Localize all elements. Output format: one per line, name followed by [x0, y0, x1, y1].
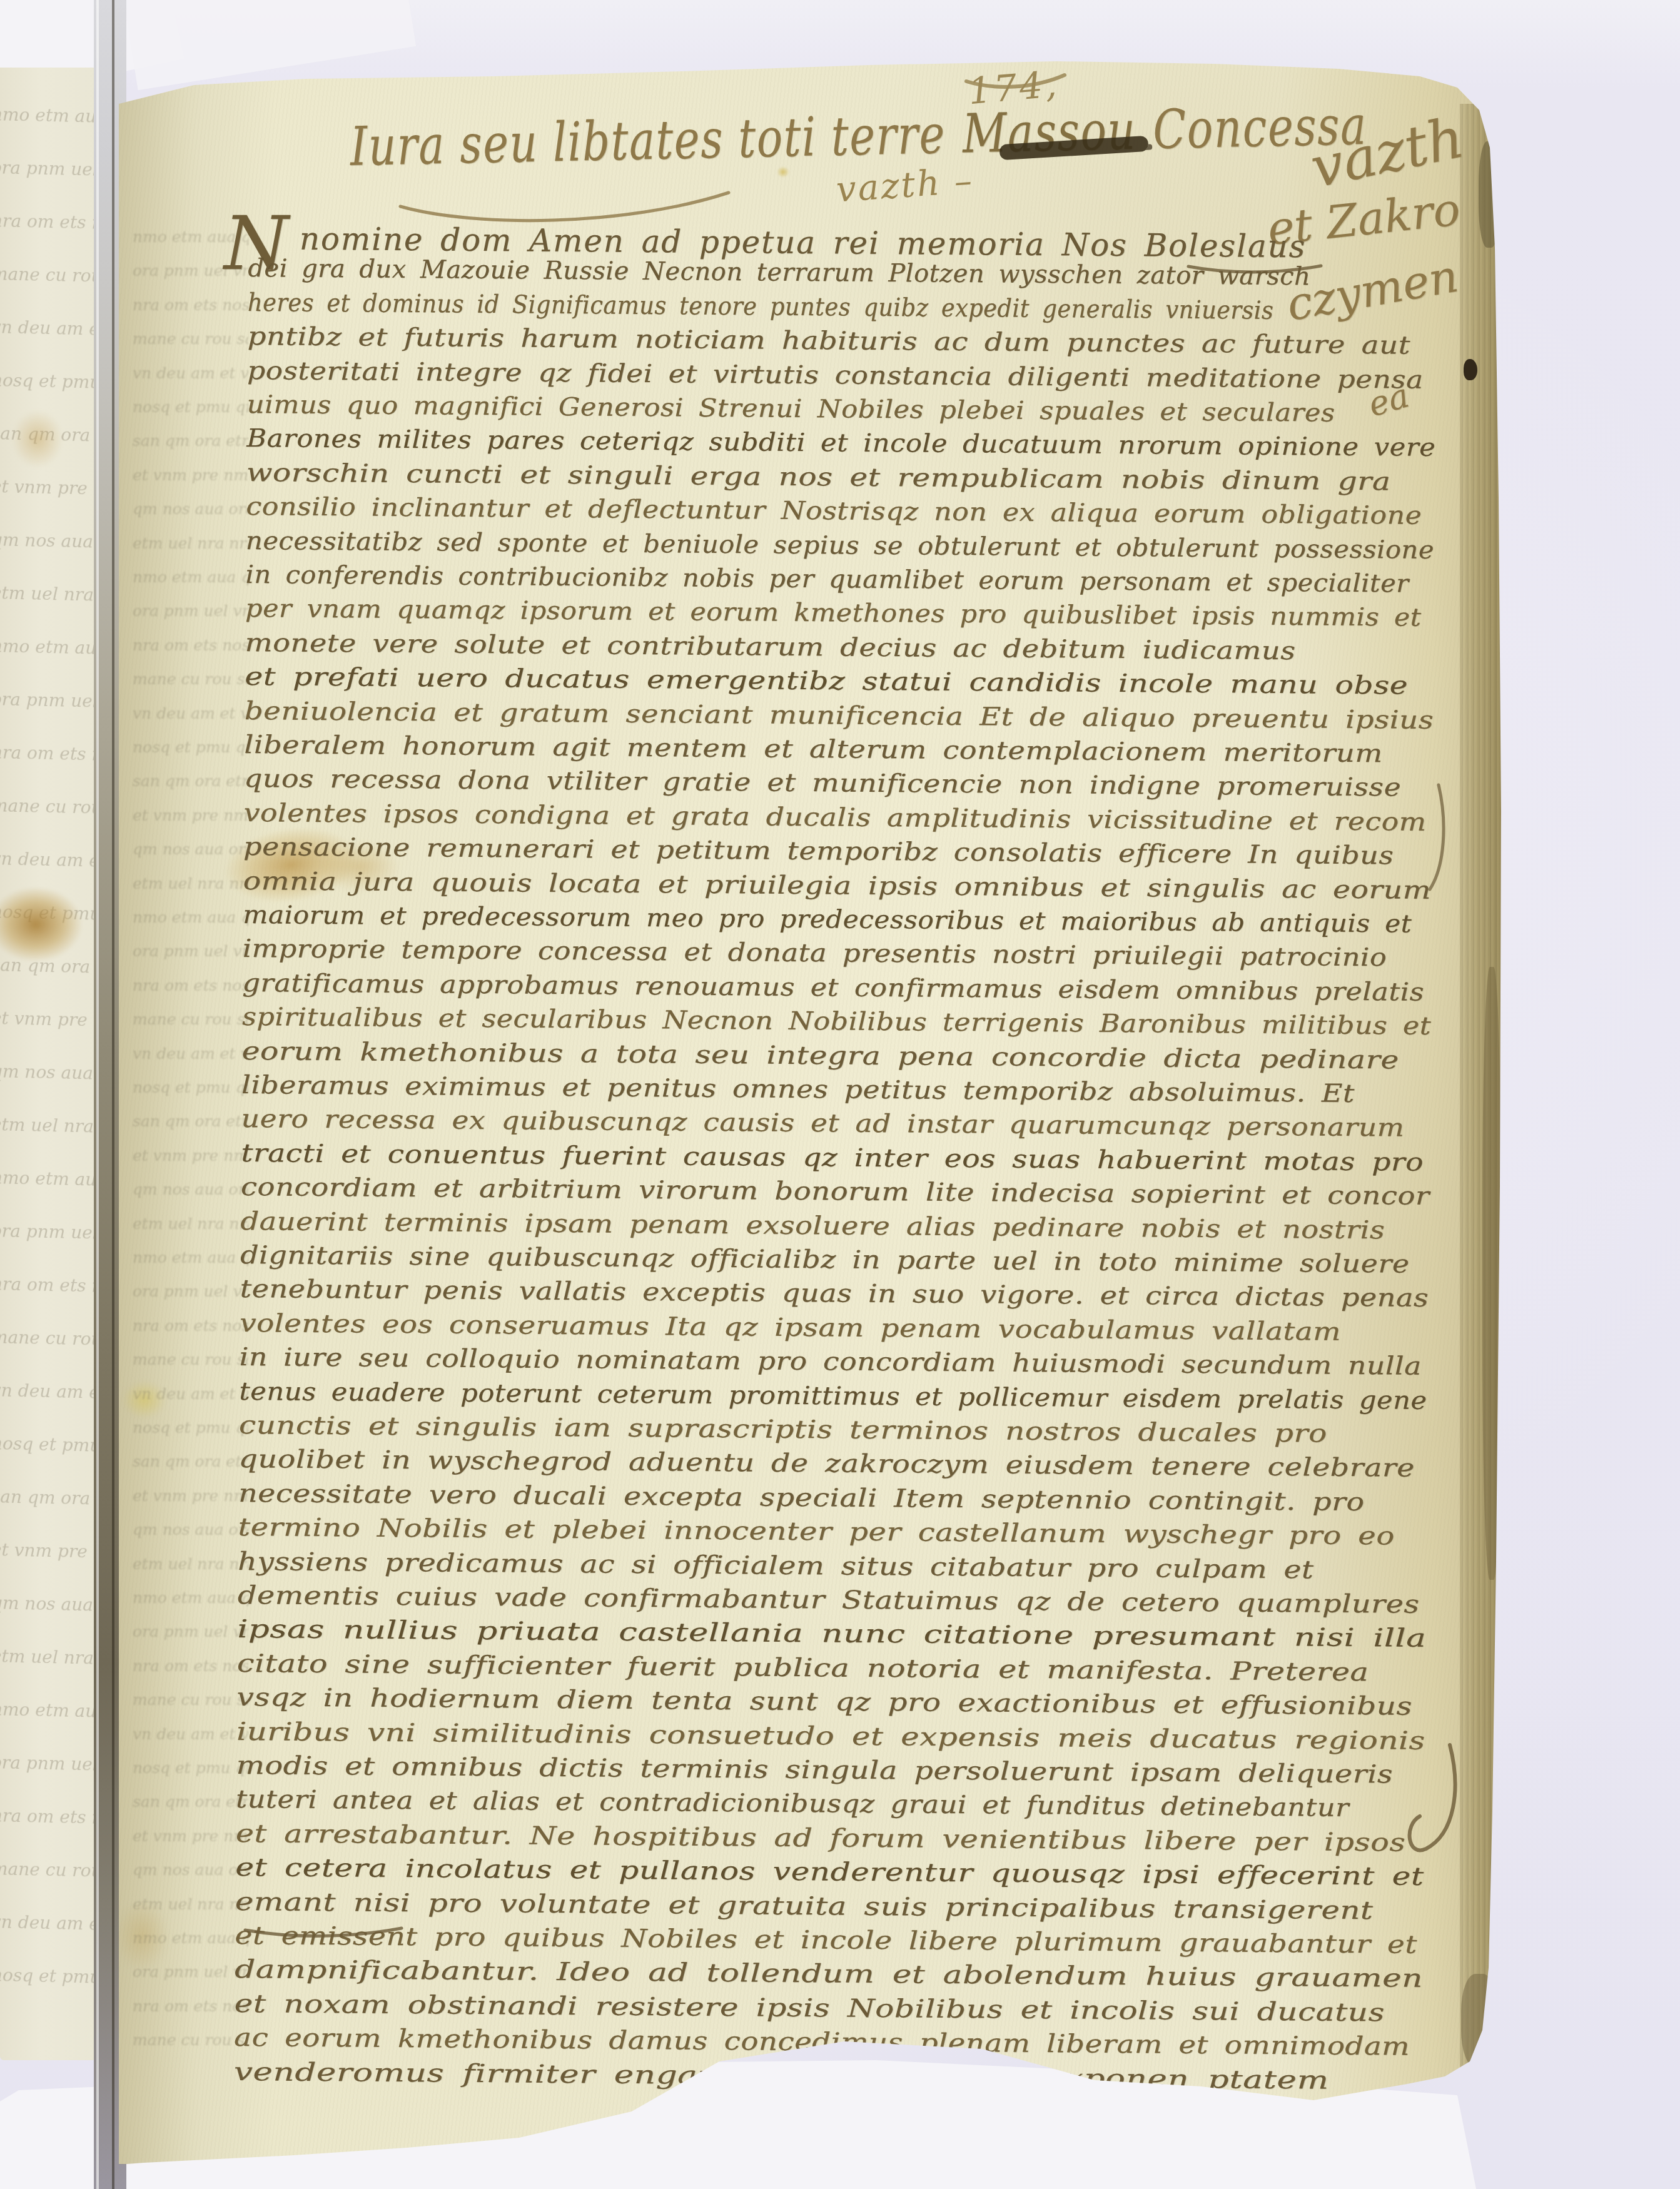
stain	[0, 887, 83, 962]
ghost-line: mane cu rou san qm ora	[133, 2031, 248, 2049]
body-line: heres et dominus id Significamus tenore …	[248, 288, 1274, 325]
ghost-line: et vnm pre nmo etm aua qz	[0, 476, 104, 499]
ghost-line: san qm ora etm uel nra	[133, 1112, 248, 1130]
body-line: volentes ipsos condigna et grata ducalis…	[243, 799, 1426, 837]
ghost-line: ora pnm uel vn deu am	[133, 942, 248, 960]
ghost-line: mane cu rou san qm ora	[0, 795, 104, 818]
ghost-line: etm uel nra nra om ets	[0, 1114, 104, 1137]
body-line: et noxam obstinandi resistere ipsis Nobi…	[234, 1989, 1385, 2027]
stain	[13, 410, 63, 468]
heading-insertion: vazth –	[835, 160, 975, 210]
ghost-line: vn deu am et vnm pre	[0, 1380, 104, 1403]
ghost-line: etm uel nra nra om ets	[133, 1555, 248, 1573]
ghost-line: ora pnm uel vn deu am	[133, 602, 248, 620]
photo-of-manuscript: { "colors": { "scanner_background": "#e7…	[0, 0, 1680, 2189]
ghost-line: qm nos aua ora pnm uel	[133, 1520, 248, 1539]
ghost-line: nra om ets nosq et pmu	[0, 1273, 104, 1297]
body-line: volentes eos conseruamus Ita qz ipsam pe…	[240, 1309, 1341, 1347]
ghost-line: vn deu am et vnm pre	[133, 1044, 248, 1063]
body-line: necessitatibz sed sponte et beniuole sep…	[246, 527, 1434, 565]
ghost-line: nosq et pmu qm nos aua	[0, 370, 104, 393]
ghost-line: et vnm pre nmo etm aua qz	[133, 466, 248, 484]
ghost-line: nra om ets nosq et pmu	[0, 210, 104, 233]
ghost-line: et vnm pre nmo etm aua qz	[0, 1539, 104, 1562]
ghost-line: nra om ets nosq et pmu	[133, 1657, 248, 1675]
body-line: et prefati uero ducatus emergentibz stat…	[245, 662, 1408, 700]
body-line: gratificamus approbamus renouamus et con…	[242, 969, 1424, 1007]
ghost-line: mane cu rou san qm ora	[133, 1691, 248, 1709]
body-line: uimus quo magnifici Generosi Strenui Nob…	[247, 390, 1335, 428]
heading-swash	[400, 193, 729, 221]
ghost-line: nosq et pmu qm nos aua	[0, 1433, 104, 1456]
ghost-line: nosq et pmu qm nos aua	[133, 1418, 248, 1437]
ghost-line: ora pnm uel vn deu am	[133, 1622, 248, 1640]
ghost-line: et vnm pre nmo etm aua qz	[0, 1008, 104, 1031]
body-line: dementis cuius vade confirmabantur Statu…	[238, 1581, 1420, 1619]
body-line: necessitate vero ducali excepta speciali…	[238, 1479, 1365, 1517]
ghost-line: nosq et pmu qm nos aua	[133, 738, 248, 756]
ghost-line: nmo etm aua qz mane cu rou	[133, 1248, 248, 1266]
ghost-line: mane cu rou san qm ora	[0, 1858, 104, 1881]
ghost-line: vn deu am et vnm pre	[0, 848, 104, 871]
ghost-line: qm nos aua ora pnm uel	[133, 1861, 248, 1879]
ghost-line: qm nos aua ora pnm uel	[0, 1061, 104, 1084]
body-line: in iure seu colloquio nominatam pro conc…	[240, 1343, 1422, 1381]
ghost-line: nmo etm aua qz mane cu rou	[133, 568, 248, 586]
ghost-line: etm uel nra nra om ets	[133, 874, 248, 892]
body-line: improprie tempore concessa et donata pre…	[243, 934, 1387, 972]
ghost-line: mane cu rou san qm ora	[0, 263, 104, 286]
ghost-line: mane cu rou san qm ora	[133, 670, 248, 688]
backing-sheet-corner-2	[122, 0, 416, 90]
body-text: nomine dom Amen ad ppetua rei memoria No…	[233, 220, 1468, 2112]
fore-edge-dark-patch	[1482, 967, 1501, 1580]
ghost-line: san qm ora etm uel nra	[133, 432, 248, 450]
ghost-line: mane cu rou san qm ora	[133, 1010, 248, 1028]
ghost-line: nra om ets nosq et pmu	[0, 1805, 104, 1828]
ghost-line: vn deu am et vnm pre	[133, 704, 248, 722]
ghost-line: qm nos aua ora pnm uel	[133, 500, 248, 518]
body-line: et emissent pro quibus Nobiles et incole…	[235, 1921, 1417, 1959]
body-line: spiritualibus et secularibus Necnon Nobi…	[242, 1003, 1431, 1041]
body-line: quolibet in wyschegrod aduentu de zakroc…	[238, 1445, 1415, 1483]
ghost-line: nmo etm aua qz mane cu rou	[0, 635, 104, 659]
body-line: posteritati integre qz fidei et virtutis…	[247, 356, 1424, 395]
ghost-line: nosq et pmu qm nos aua	[133, 398, 248, 416]
ghost-line: qm nos aua ora pnm uel	[133, 840, 248, 858]
body-line: concordiam et arbitrium virorum bonorum …	[241, 1173, 1430, 1211]
fore-edge-dark-patch	[1479, 141, 1500, 248]
body-line: quos recessa dona vtiliter gratie et mun…	[244, 764, 1401, 802]
body-line: pntibz et futuris harum noticiam habitur…	[247, 322, 1410, 360]
body-line: dauerint terminis ipsam penam exsoluere …	[240, 1207, 1385, 1245]
body-line: ipsas nullius priuata castellania nunc c…	[237, 1615, 1426, 1653]
ghost-line: etm uel nra nra om ets	[133, 1895, 248, 1913]
body-line: et cetera incolatus et pullanos venderen…	[235, 1853, 1424, 1891]
ghost-line: ora pnm uel vn deu am	[0, 1752, 104, 1775]
ghost-line: nmo etm aua qz mane cu rou	[0, 1699, 104, 1722]
ghost-line: vn deu am et vnm pre	[133, 364, 248, 382]
ghost-line: nra om ets nosq et pmu	[133, 296, 248, 314]
body-line: tenebuntur penis vallatis exceptis quas …	[240, 1275, 1429, 1313]
heading-text-before: Iura seu libtates toti terre	[350, 103, 946, 178]
ghost-line: san qm ora etm uel nra	[133, 772, 248, 790]
body-line: cunctis et singulis iam suprascriptis te…	[239, 1411, 1327, 1448]
ghost-line: et vnm pre nmo etm aua qz	[133, 806, 248, 824]
ghost-line: nmo etm aua qz mane cu rou	[133, 1589, 248, 1607]
body-line: dampnificabantur. Ideo ad tollendum et a…	[235, 1955, 1423, 1993]
ghost-line: san qm ora etm uel nra	[133, 1452, 248, 1470]
ghost-line: nra om ets nosq et pmu	[133, 1317, 248, 1335]
ghost-line: etm uel nra nra om ets	[0, 1646, 104, 1669]
manuscript-page: nmo etm aua qz mane cu rouora pnm uel vn…	[119, 60, 1501, 2164]
body-line: in conferendis contribucionibz nobis per…	[245, 560, 1409, 599]
ghost-line: ora pnm uel vn deu am	[0, 689, 104, 712]
body-line: iuribus vni similitudinis consuetudo et …	[236, 1717, 1425, 1756]
body-line: monete vere solute et contributarum deci…	[245, 629, 1296, 665]
ghost-line: qm nos aua ora pnm uel	[0, 529, 104, 552]
ghost-line: ora pnm uel vn deu am	[0, 1220, 104, 1243]
ghost-line: etm uel nra nra om ets	[0, 582, 104, 605]
ghost-line: nosq et pmu qm nos aua	[133, 1078, 248, 1096]
previous-page-edge: nmo etm aua qz mane cu rouora pnm uel vn…	[0, 68, 103, 2060]
ghost-line: nra om ets nosq et pmu	[0, 742, 104, 765]
body-line: ac eorum kmethonibus damus concedimus pl…	[234, 2023, 1410, 2061]
ghost-line: nmo etm aua qz mane cu rou	[0, 1167, 104, 1190]
body-line: hyssiens predicamus ac si officialem sit…	[238, 1547, 1314, 1585]
ghost-line: ora pnm uel vn deu am	[0, 157, 104, 180]
ghost-line: nmo etm aua qz mane cu rou	[133, 908, 248, 926]
ghost-line: nmo etm aua qz mane cu rou	[0, 104, 104, 127]
ghost-line: san qm ora etm uel nra	[133, 1792, 248, 1811]
ghost-line: et vnm pre nmo etm aua qz	[133, 1487, 248, 1505]
body-line: eorum kmethonibus a tota seu integra pen…	[241, 1037, 1399, 1075]
ghost-line: etm uel nra nra om ets	[133, 1215, 248, 1233]
ghost-line: qm nos aua ora pnm uel	[0, 1592, 104, 1615]
body-line: maiorum et predecessorum meo pro predece…	[243, 901, 1412, 939]
body-line: vsqz in hodiernum diem tenta sunt qz pro…	[236, 1683, 1412, 1721]
body-line: tenus euadere poterunt ceterum promittim…	[239, 1377, 1427, 1415]
ghost-line: nosq et pmu qm nos aua	[0, 1964, 104, 1988]
fore-edge-dark-patch	[1461, 1974, 1497, 2068]
ghost-line: nra om ets nosq et pmu	[133, 636, 248, 654]
body-line: tracti et conuentus fuerint causas qz in…	[241, 1139, 1424, 1177]
ghost-line: mane cu rou san qm ora	[0, 1327, 104, 1350]
ghost-line: ora pnm uel vn deu am	[133, 1963, 248, 1981]
ghost-line: mane cu rou san qm ora	[133, 330, 248, 348]
ghost-line: vn deu am et vnm pre	[133, 1385, 248, 1403]
ghost-line: etm uel nra nra om ets	[133, 534, 248, 552]
body-line: worschin cuncti et singuli erga nos et r…	[246, 458, 1391, 496]
body-line: beniuolencia et gratum senciant munifice…	[245, 697, 1434, 735]
ghost-line: mane cu rou san qm ora	[133, 1350, 248, 1368]
ghost-line: nra om ets nosq et pmu	[133, 976, 248, 994]
body-line: omnia jura quouis locata et priuilegia i…	[243, 867, 1432, 905]
body-line: modis et omnibus dictis terminis singula…	[236, 1751, 1393, 1789]
ghost-line: vn deu am et vnm pre	[0, 1911, 104, 1934]
body-line: liberamus eximimus et penitus omnes peti…	[241, 1071, 1355, 1108]
ghost-line: san qm ora etm uel nra	[0, 1486, 104, 1509]
body-line: per vnam quamqz ipsorum et eorum kmethon…	[245, 594, 1422, 632]
ghost-line: vn deu am et vnm pre	[133, 1725, 248, 1743]
ghost-line: ora pnm uel vn deu am	[133, 1282, 248, 1300]
body-line: termino Nobilis et plebei innocenter per…	[238, 1513, 1395, 1551]
ghost-line: nosq et pmu qm nos aua	[133, 1759, 248, 1777]
body-line: citato sine sufficienter fuerit publica …	[237, 1649, 1369, 1687]
body-line: tuteri antea et alias et contradicionibu…	[236, 1785, 1349, 1822]
body-line: dignitariis sine quibuscunqz officialibz…	[240, 1241, 1410, 1279]
ghost-line: qm nos aua ora pnm uel	[133, 1180, 248, 1198]
body-line: uero recessa ex quibuscunqz causis et ad…	[241, 1105, 1405, 1143]
ghost-line: et vnm pre nmo etm aua qz	[133, 1146, 248, 1165]
body-line: emant nisi pro voluntate et gratuita sui…	[235, 1888, 1374, 1925]
body-line: Barones milites pares ceteriqz subditi e…	[246, 424, 1435, 462]
body-line: et arrestabantur. Ne hospitibus ad forum…	[236, 1819, 1406, 1858]
ghost-line: et vnm pre nmo etm aua qz	[133, 1827, 248, 1845]
ghost-line: nra om ets nosq et pmu	[133, 1997, 248, 2015]
ghost-line: vn deu am et vnm pre	[0, 316, 104, 340]
body-line: consilio inclinantur et deflectuntur Nos…	[246, 492, 1422, 530]
body-line: pensacione remunerari et petitum tempori…	[243, 832, 1394, 870]
chapter-heading: Iura seu libtates toti terre Massou Conc…	[350, 94, 1368, 178]
ghost-line: nmo etm aua qz mane cu rou	[133, 1929, 248, 1947]
body-line: liberalem honorum agit mentem et alterum…	[244, 731, 1383, 768]
